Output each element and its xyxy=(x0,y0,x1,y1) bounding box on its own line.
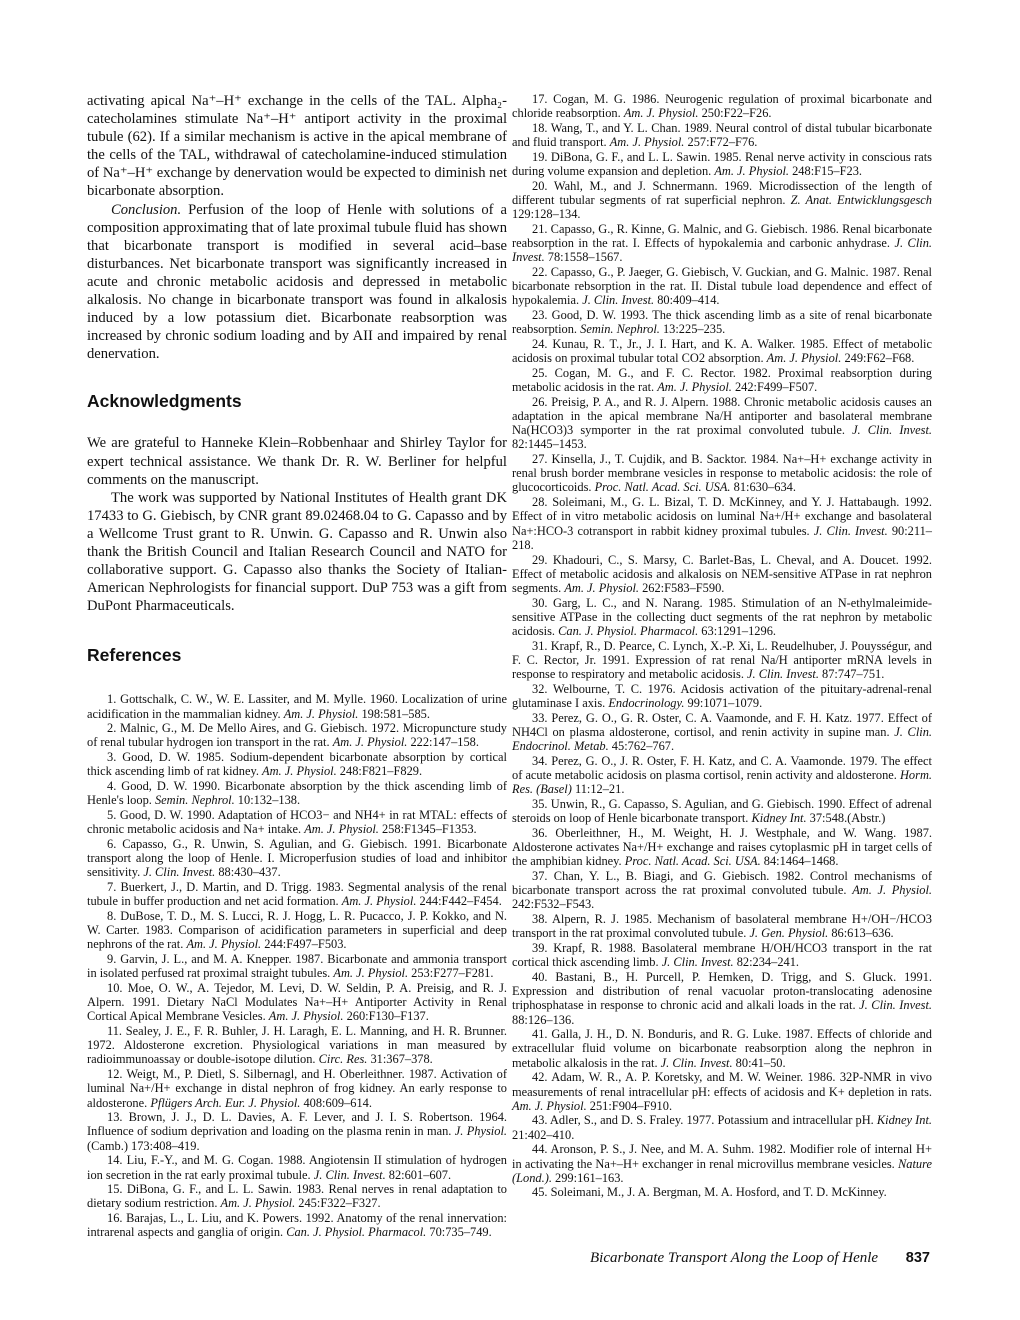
reference-journal: Am. J. Physiol. xyxy=(512,1099,587,1113)
reference-item: 11. Sealey, J. E., F. R. Buhler, J. H. L… xyxy=(87,1024,507,1067)
reference-item: 27. Kinsella, J., T. Cujdik, and B. Sack… xyxy=(512,452,932,495)
reference-item: 18. Wang, T., and Y. L. Chan. 1989. Neur… xyxy=(512,121,932,149)
reference-item: 22. Capasso, G., P. Jaeger, G. Giebisch,… xyxy=(512,265,932,308)
references-heading: References xyxy=(87,645,507,666)
reference-journal: J. Clin. Invest. xyxy=(143,865,215,879)
reference-citation: 258:F1345–F1353. xyxy=(379,822,477,836)
reference-text: 22. Capasso, G., P. Jaeger, G. Giebisch,… xyxy=(512,265,932,307)
reference-citation: 63:1291–1296. xyxy=(698,624,776,638)
acknowledgments-heading: Acknowledgments xyxy=(87,391,507,412)
reference-journal: J. Clin. Invest. xyxy=(747,667,819,681)
reference-journal: Semin. Nephrol. xyxy=(155,793,235,807)
reference-journal: Proc. Natl. Acad. Sci. USA. xyxy=(595,480,731,494)
reference-item: 14. Liu, F.-Y., and M. G. Cogan. 1988. A… xyxy=(87,1153,507,1181)
reference-citation: 249:F62–F68. xyxy=(841,351,914,365)
reference-item: 1. Gottschalk, C. W., W. E. Lassiter, an… xyxy=(87,692,507,720)
reference-item: 2. Malnic, G., M. De Mello Aires, and G.… xyxy=(87,721,507,749)
reference-text: 43. Adler, S., and D. S. Fraley. 1977. P… xyxy=(532,1113,877,1127)
reference-item: 10. Moe, O. W., A. Tejedor, M. Levi, D. … xyxy=(87,981,507,1024)
reference-citation: 251:F904–F910. xyxy=(587,1099,672,1113)
reference-journal: Am. J. Physiol. xyxy=(564,581,639,595)
reference-citation: 244:F497–F503. xyxy=(261,937,346,951)
reference-list-right: 17. Cogan, M. G. 1986. Neurogenic regula… xyxy=(512,92,932,1200)
reference-item: 15. DiBona, G. F., and L. L. Sawin. 1983… xyxy=(87,1182,507,1210)
conclusion-label: Conclusion. xyxy=(111,202,181,218)
reference-item: 17. Cogan, M. G. 1986. Neurogenic regula… xyxy=(512,92,932,120)
reference-citation: 260:F130–F137. xyxy=(343,1009,428,1023)
reference-journal: Am. J. Physiol. xyxy=(657,380,732,394)
reference-citation: 250:F22–F26. xyxy=(699,106,772,120)
running-title: Bicarbonate Transport Along the Loop of … xyxy=(590,1250,878,1267)
reference-journal: J. Gen. Physiol. xyxy=(749,926,828,940)
reference-journal: Am. J. Physiol. xyxy=(262,764,337,778)
reference-citation: 78:1558–1567. xyxy=(545,250,623,264)
reference-journal: Am. J. Physiol. xyxy=(186,937,261,951)
reference-journal: J. Clin. Invest. xyxy=(662,955,734,969)
reference-item: 39. Krapf, R. 1988. Basolateral membrane… xyxy=(512,941,932,969)
reference-item: 41. Galla, J. H., D. N. Bonduris, and R.… xyxy=(512,1027,932,1070)
journal-page: activating apical Na⁺–H⁺ exchange in the… xyxy=(0,0,1020,1320)
reference-citation: 299:161–163. xyxy=(552,1171,624,1185)
reference-journal: J. Clin. Invest. xyxy=(859,998,932,1012)
reference-citation: 70:735–749. xyxy=(426,1225,491,1239)
reference-journal: Am. J. Physiol. xyxy=(852,883,932,897)
reference-journal: Am. J. Physiol. xyxy=(304,822,379,836)
left-column: activating apical Na⁺–H⁺ exchange in the… xyxy=(87,92,507,1240)
reference-citation: 222:147–158. xyxy=(407,735,479,749)
reference-journal: Am. J. Physiol. xyxy=(610,135,685,149)
reference-item: 34. Perez, G. O., J. R. Oster, F. H. Kat… xyxy=(512,754,932,797)
reference-citation: 82:234–241. xyxy=(734,955,799,969)
reference-item: 38. Alpern, R. J. 1985. Mechanism of bas… xyxy=(512,912,932,940)
reference-text: 33. Perez, G. O., G. R. Oster, C. A. Vaa… xyxy=(512,711,932,739)
reference-citation: 253:F277–F281. xyxy=(408,966,493,980)
reference-journal: J. Clin. Invest. xyxy=(814,524,888,538)
body-paragraph: activating apical Na⁺–H⁺ exchange in the… xyxy=(87,92,507,201)
reference-item: 37. Chan, Y. L., B. Biagi, and G. Giebis… xyxy=(512,869,932,912)
reference-item: 21. Capasso, G., R. Kinne, G. Malnic, an… xyxy=(512,222,932,265)
funding-paragraph: The work was supported by National Insti… xyxy=(87,489,507,616)
reference-citation: 257:F72–F76. xyxy=(684,135,757,149)
reference-item: 33. Perez, G. O., G. R. Oster, C. A. Vaa… xyxy=(512,711,932,754)
reference-citation: 21:402–410. xyxy=(512,1128,574,1142)
reference-journal: Pflügers Arch. Eur. J. Physiol. xyxy=(150,1096,300,1110)
reference-citation: 242:F532–F543. xyxy=(512,897,594,911)
reference-text: 42. Adam, W. R., A. P. Koretsky, and M. … xyxy=(512,1070,932,1098)
reference-journal: Am. J. Physiol. xyxy=(342,894,417,908)
reference-journal: Am. J. Physiol. xyxy=(333,966,408,980)
reference-citation: 198:581–585. xyxy=(358,707,430,721)
reference-journal: J. Clin. Invest. xyxy=(852,423,932,437)
page-number: 837 xyxy=(906,1250,930,1266)
reference-journal: Am. J. Physiol. xyxy=(714,164,789,178)
acknowledgments-paragraph: We are grateful to Hanneke Klein–Robbenh… xyxy=(87,434,507,488)
reference-journal: J. Physiol. xyxy=(455,1124,507,1138)
reference-journal: Circ. Res. xyxy=(319,1052,368,1066)
reference-citation: 86:613–636. xyxy=(828,926,893,940)
reference-item: 40. Bastani, B., H. Purcell, P. Hemken, … xyxy=(512,970,932,1027)
reference-item: 31. Krapf, R., D. Pearce, C. Lynch, X.-P… xyxy=(512,639,932,682)
reference-journal: J. Clin. Invest. xyxy=(661,1056,733,1070)
reference-citation: 242:F499–F507. xyxy=(732,380,817,394)
reference-citation: 81:630–634. xyxy=(731,480,796,494)
reference-citation: 88:126–136. xyxy=(512,1013,574,1027)
reference-journal: Am. J. Physiol. xyxy=(221,1196,296,1210)
reference-citation: 99:1071–1079. xyxy=(684,696,762,710)
reference-journal: Can. J. Physiol. Pharmacol. xyxy=(286,1225,426,1239)
reference-item: 20. Wahl, M., and J. Schnermann. 1969. M… xyxy=(512,179,932,222)
reference-citation: 248:F15–F23. xyxy=(789,164,862,178)
reference-journal: Am. J. Physiol. xyxy=(333,735,408,749)
reference-item: 23. Good, D. W. 1993. The thick ascendin… xyxy=(512,308,932,336)
reference-citation: 129:128–134. xyxy=(512,207,581,221)
reference-item: 32. Welbourne, T. C. 1976. Acidosis acti… xyxy=(512,682,932,710)
reference-journal: J. Clin. Invest. xyxy=(314,1168,386,1182)
reference-journal: Am. J. Physiol. xyxy=(767,351,842,365)
reference-journal: J. Clin. Invest. xyxy=(582,293,654,307)
reference-text: 11. Sealey, J. E., F. R. Buhler, J. H. L… xyxy=(87,1024,507,1066)
reference-list-left: 1. Gottschalk, C. W., W. E. Lassiter, an… xyxy=(87,692,507,1239)
reference-item: 7. Buerkert, J., D. Martin, and D. Trigg… xyxy=(87,880,507,908)
reference-citation: 10:132–138. xyxy=(235,793,300,807)
reference-item: 35. Unwin, R., G. Capasso, S. Agulian, a… xyxy=(512,797,932,825)
reference-item: 45. Soleimani, M., J. A. Bergman, M. A. … xyxy=(512,1185,932,1199)
reference-item: 5. Good, D. W. 1990. Adaptation of HCO3−… xyxy=(87,808,507,836)
reference-citation: 262:F583–F590. xyxy=(639,581,724,595)
reference-journal: Am. J. Physiol. xyxy=(624,106,699,120)
reference-citation: 88:430–437. xyxy=(215,865,280,879)
reference-item: 8. DuBose, T. D., M. S. Lucci, R. J. Hog… xyxy=(87,909,507,952)
reference-item: 13. Brown, J. J., D. L. Davies, A. F. Le… xyxy=(87,1110,507,1153)
reference-journal: Kidney Int. xyxy=(877,1113,932,1127)
reference-item: 43. Adler, S., and D. S. Fraley. 1977. P… xyxy=(512,1113,932,1141)
reference-citation: 37:548.(Abstr.) xyxy=(807,811,886,825)
reference-journal: Proc. Natl. Acad. Sci. USA. xyxy=(625,854,761,868)
reference-item: 12. Weigt, M., P. Dietl, S. Silbernagl, … xyxy=(87,1067,507,1110)
reference-text: 44. Aronson, P. S., J. Nee, and M. A. Su… xyxy=(512,1142,932,1170)
reference-item: 42. Adam, W. R., A. P. Koretsky, and M. … xyxy=(512,1070,932,1113)
conclusion-text: Perfusion of the loop of Henle with solu… xyxy=(87,202,507,363)
reference-item: 19. DiBona, G. F., and L. L. Sawin. 1985… xyxy=(512,150,932,178)
reference-journal: Can. J. Physiol. Pharmacol. xyxy=(558,624,698,638)
reference-citation: 408:609–614. xyxy=(300,1096,372,1110)
reference-citation: 244:F442–F454. xyxy=(416,894,501,908)
reference-item: 16. Barajas, L., L. Liu, and K. Powers. … xyxy=(87,1211,507,1239)
reference-text: 34. Perez, G. O., J. R. Oster, F. H. Kat… xyxy=(512,754,932,782)
reference-journal: Endocrinology. xyxy=(608,696,684,710)
reference-item: 9. Garvin, J. L., and M. A. Knepper. 198… xyxy=(87,952,507,980)
reference-text: 13. Brown, J. J., D. L. Davies, A. F. Le… xyxy=(87,1110,507,1138)
reference-journal: Semin. Nephrol. xyxy=(580,322,660,336)
reference-journal: Am. J. Physiol. xyxy=(269,1009,344,1023)
reference-citation: 87:747–751. xyxy=(819,667,884,681)
reference-journal: Kidney Int. xyxy=(752,811,807,825)
reference-item: 44. Aronson, P. S., J. Nee, and M. A. Su… xyxy=(512,1142,932,1185)
reference-citation: 13:225–235. xyxy=(660,322,725,336)
reference-citation: 82:1445–1453. xyxy=(512,437,587,451)
reference-citation: 80:41–50. xyxy=(733,1056,786,1070)
reference-citation: 245:F322–F327. xyxy=(295,1196,380,1210)
reference-text: 45. Soleimani, M., J. A. Bergman, M. A. … xyxy=(532,1185,887,1199)
reference-item: 6. Capasso, G., R. Unwin, S. Agulian, an… xyxy=(87,837,507,880)
reference-citation: 82:601–607. xyxy=(386,1168,451,1182)
reference-citation: 80:409–414. xyxy=(654,293,719,307)
reference-citation: 84:1464–1468. xyxy=(761,854,839,868)
reference-item: 30. Garg, L. C., and N. Narang. 1985. St… xyxy=(512,596,932,639)
reference-item: 3. Good, D. W. 1985. Sodium-dependent bi… xyxy=(87,750,507,778)
reference-journal: Z. Anat. Entwicklungsgesch xyxy=(791,193,932,207)
reference-citation: 248:F821–F829. xyxy=(337,764,422,778)
reference-item: 24. Kunau, R. T., Jr., J. I. Hart, and K… xyxy=(512,337,932,365)
reference-item: 28. Soleimani, M., G. L. Bizal, T. D. Mc… xyxy=(512,495,932,552)
reference-item: 29. Khadouri, C., S. Marsy, C. Barlet-Ba… xyxy=(512,553,932,596)
reference-item: 25. Cogan, M. G., and F. C. Rector. 1982… xyxy=(512,366,932,394)
page-footer: Bicarbonate Transport Along the Loop of … xyxy=(590,1250,930,1267)
right-column: 17. Cogan, M. G. 1986. Neurogenic regula… xyxy=(512,92,932,1200)
reference-item: 4. Good, D. W. 1990. Bicarbonate absorpt… xyxy=(87,779,507,807)
reference-citation: 31:367–378. xyxy=(367,1052,432,1066)
conclusion-paragraph: Conclusion. Perfusion of the loop of Hen… xyxy=(87,201,507,364)
reference-journal: Am. J. Physiol. xyxy=(284,707,359,721)
reference-citation: (Camb.) 173:408–419. xyxy=(87,1139,200,1153)
reference-text: 21. Capasso, G., R. Kinne, G. Malnic, an… xyxy=(512,222,932,250)
reference-citation: 11:12–21. xyxy=(572,782,625,796)
reference-citation: 45:762–767. xyxy=(609,739,674,753)
reference-item: 26. Preisig, P. A., and R. J. Alpern. 19… xyxy=(512,395,932,452)
reference-item: 36. Oberleithner, H., M. Weight, H. J. W… xyxy=(512,826,932,869)
